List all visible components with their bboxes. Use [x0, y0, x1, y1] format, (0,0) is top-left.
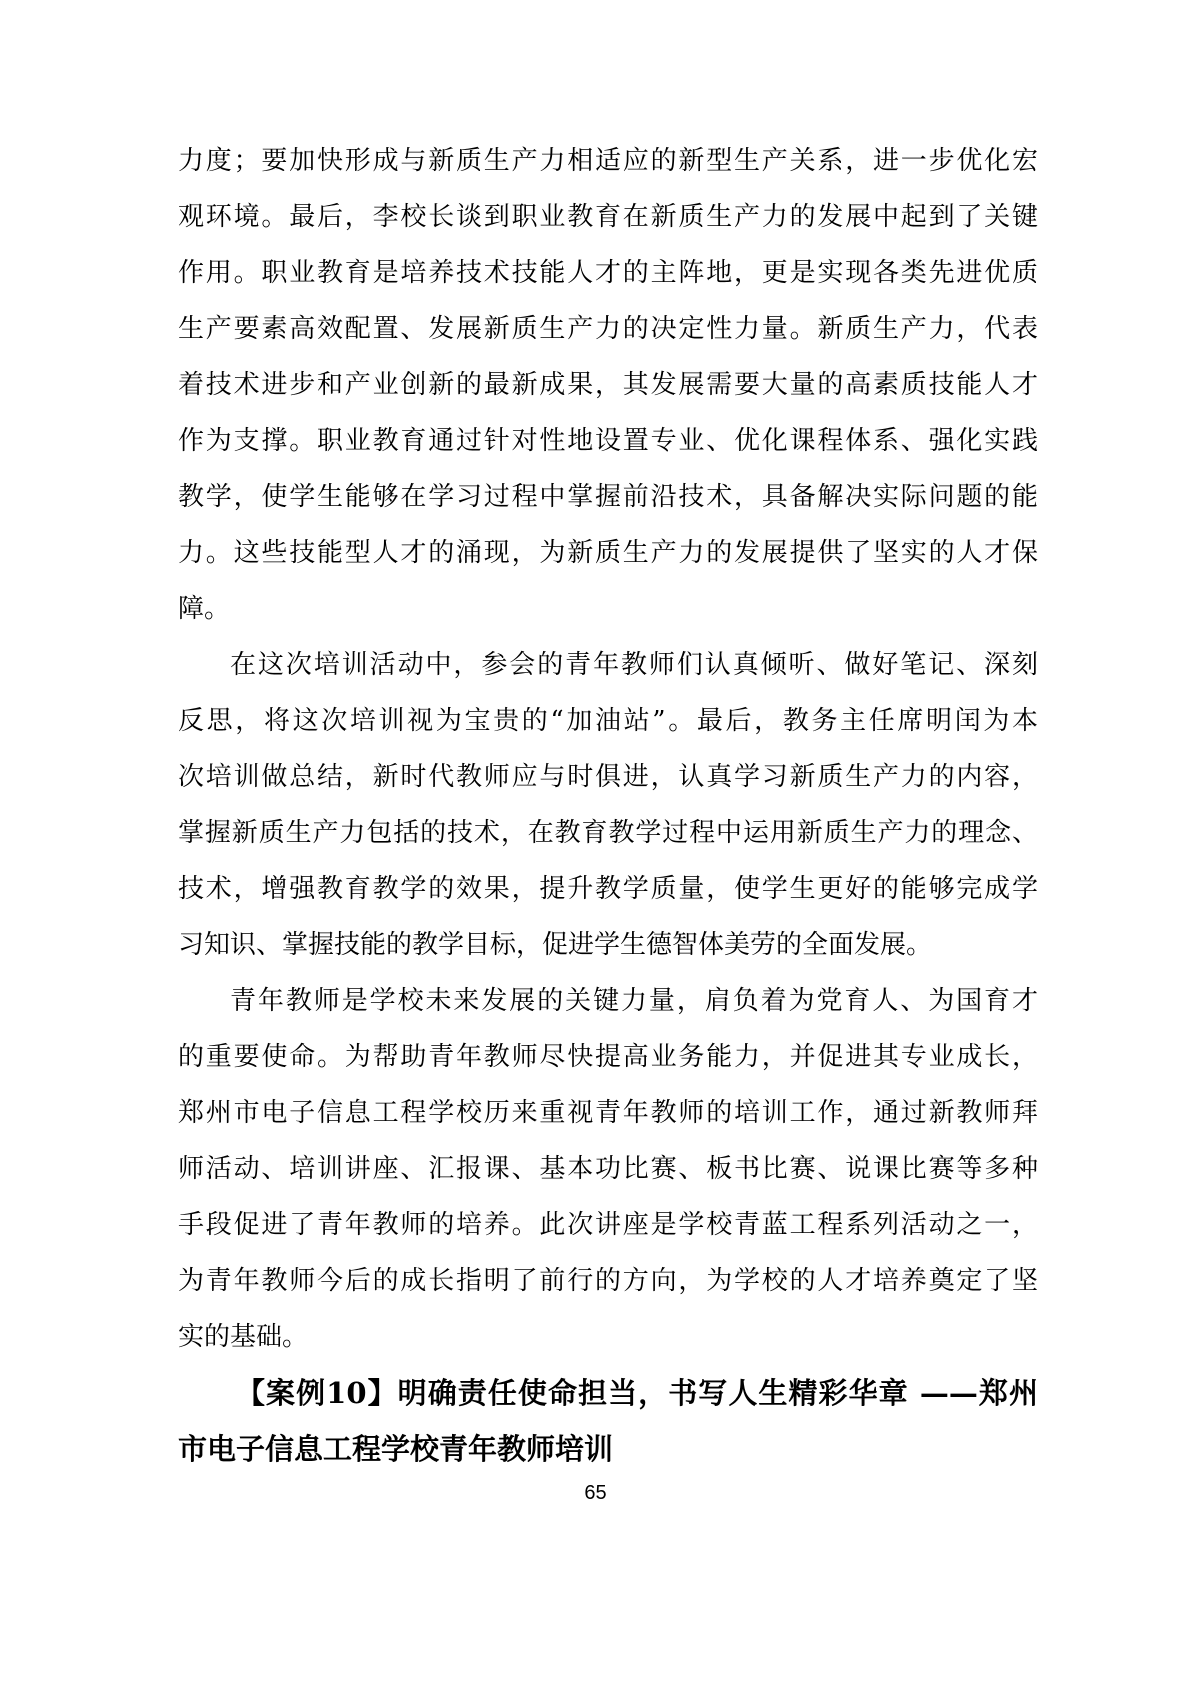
- text-line: 力。这些技能型人才的涌现，为新质生产力的发展提供了坚实的人才保: [178, 525, 1038, 581]
- paragraph-3: 青年教师是学校未来发展的关键力量，肩负着为党育人、为国育才 的重要使命。为帮助青…: [178, 973, 1038, 1365]
- text-line: 掌握新质生产力包括的技术，在教育教学过程中运用新质生产力的理念、: [178, 805, 1038, 861]
- page-number: 65: [0, 1482, 1191, 1505]
- heading-line: 市电子信息工程学校青年教师培训: [178, 1421, 1038, 1477]
- document-page: 力度；要加快形成与新质生产力相适应的新型生产关系，进一步优化宏 观环境。最后，李…: [0, 0, 1191, 1684]
- text-line: 作为支撑。职业教育通过针对性地设置专业、优化课程体系、强化实践: [178, 413, 1038, 469]
- text-line: 生产要素高效配置、发展新质生产力的决定性力量。新质生产力，代表: [178, 301, 1038, 357]
- text-line: 郑州市电子信息工程学校历来重视青年教师的培训工作，通过新教师拜: [178, 1085, 1038, 1141]
- case-heading: 【案例10】明确责任使命担当，书写人生精彩华章 ——郑州 市电子信息工程学校青年…: [178, 1365, 1038, 1477]
- text-line: 力度；要加快形成与新质生产力相适应的新型生产关系，进一步优化宏: [178, 133, 1038, 189]
- text-line: 在这次培训活动中，参会的青年教师们认真倾听、做好笔记、深刻: [178, 637, 1038, 693]
- text-line: 作用。职业教育是培养技术技能人才的主阵地，更是实现各类先进优质: [178, 245, 1038, 301]
- text-line: 观环境。最后，李校长谈到职业教育在新质生产力的发展中起到了关键: [178, 189, 1038, 245]
- text-line: 的重要使命。为帮助青年教师尽快提高业务能力，并促进其专业成长，: [178, 1029, 1038, 1085]
- text-line: 次培训做总结，新时代教师应与时俱进，认真学习新质生产力的内容，: [178, 749, 1038, 805]
- paragraph-1: 力度；要加快形成与新质生产力相适应的新型生产关系，进一步优化宏 观环境。最后，李…: [178, 133, 1038, 637]
- paragraph-2: 在这次培训活动中，参会的青年教师们认真倾听、做好笔记、深刻 反思，将这次培训视为…: [178, 637, 1038, 973]
- text-line: 师活动、培训讲座、汇报课、基本功比赛、板书比赛、说课比赛等多种: [178, 1141, 1038, 1197]
- text-block: 力度；要加快形成与新质生产力相适应的新型生产关系，进一步优化宏 观环境。最后，李…: [178, 133, 1038, 1477]
- text-line: 教学，使学生能够在学习过程中掌握前沿技术，具备解决实际问题的能: [178, 469, 1038, 525]
- text-line: 着技术进步和产业创新的最新成果，其发展需要大量的高素质技能人才: [178, 357, 1038, 413]
- text-line: 青年教师是学校未来发展的关键力量，肩负着为党育人、为国育才: [178, 973, 1038, 1029]
- text-line: 障。: [178, 581, 1038, 637]
- heading-line: 【案例10】明确责任使命担当，书写人生精彩华章 ——郑州: [178, 1365, 1038, 1421]
- text-line: 技术，增强教育教学的效果，提升教学质量，使学生更好的能够完成学: [178, 861, 1038, 917]
- text-line: 习知识、掌握技能的教学目标，促进学生德智体美劳的全面发展。: [178, 917, 1038, 973]
- text-line: 反思，将这次培训视为宝贵的“加油站”。最后，教务主任席明闰为本: [178, 693, 1038, 749]
- text-line: 为青年教师今后的成长指明了前行的方向，为学校的人才培养奠定了坚: [178, 1253, 1038, 1309]
- text-line: 实的基础。: [178, 1309, 1038, 1365]
- text-line: 手段促进了青年教师的培养。此次讲座是学校青蓝工程系列活动之一，: [178, 1197, 1038, 1253]
